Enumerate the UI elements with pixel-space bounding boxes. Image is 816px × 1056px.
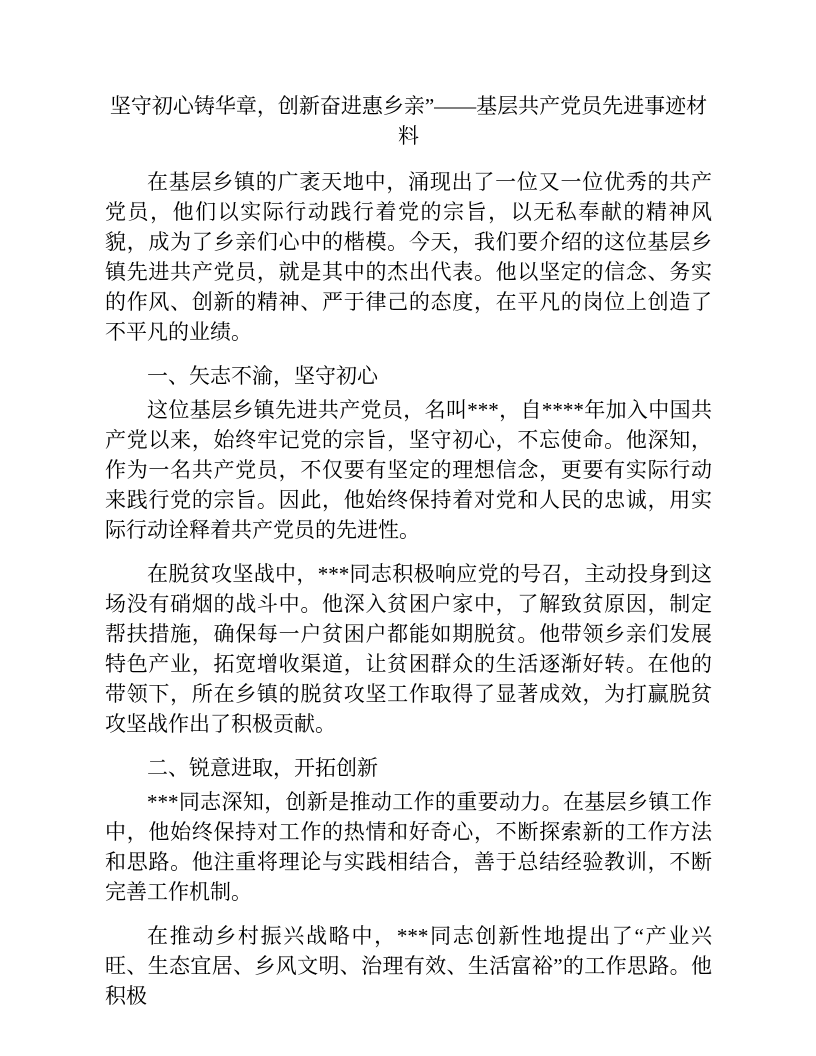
paragraph-section1-a: 这位基层乡镇先进共产党员，名叫***，自****年加入中国共产党以来，始终牢记党…: [105, 395, 712, 545]
paragraph-section1-b: 在脱贫攻坚战中，***同志积极响应党的号召，主动投身到这场没有硝烟的战斗中。他深…: [105, 559, 712, 739]
paragraph-intro: 在基层乡镇的广袤天地中，涌现出了一位又一位优秀的共产党员，他们以实际行动践行着党…: [105, 167, 712, 347]
document-page: 坚守初心铸华章，创新奋进惠乡亲”——基层共产党员先进事迹材料 在基层乡镇的广袤天…: [0, 0, 816, 1056]
paragraph-section2-b: 在推动乡村振兴战略中，***同志创新性地提出了“产业兴旺、生态宜居、乡风文明、治…: [105, 921, 712, 1011]
section-heading-1: 一、矢志不渝，坚守初心: [105, 361, 712, 391]
document-title: 坚守初心铸华章，创新奋进惠乡亲”——基层共产党员先进事迹材料: [105, 91, 712, 151]
section-heading-2: 二、锐意进取，开拓创新: [105, 753, 712, 783]
paragraph-section2-a: ***同志深知，创新是推动工作的重要动力。在基层乡镇工作中，他始终保持对工作的热…: [105, 787, 712, 907]
